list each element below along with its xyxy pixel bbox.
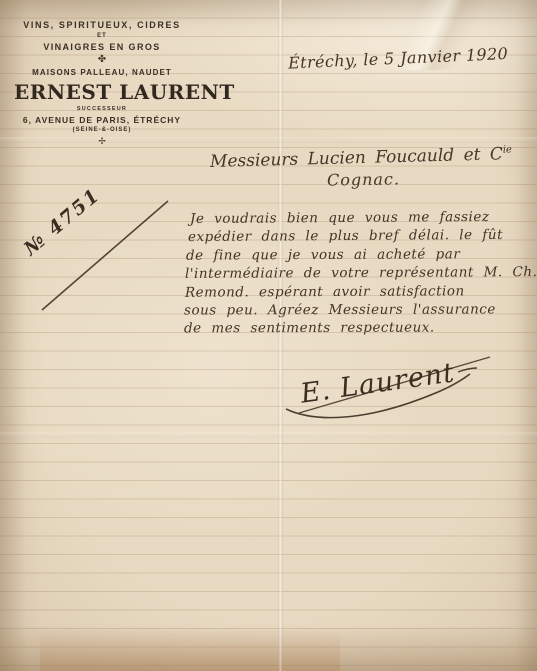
body-line: de fine que je vous ai acheté par: [186, 245, 460, 264]
letterhead-region-line: (SEINE-&-OISE): [14, 127, 190, 133]
ornament-icon: ✢: [14, 136, 190, 147]
recipient-main: Messieurs Lucien Foucauld et C: [210, 144, 503, 172]
letterhead-products-line-2: ET: [14, 33, 190, 39]
body-line: Je voudrais bien que vous me fassiez: [190, 208, 490, 228]
letterhead-products-line-1: VINS, SPIRITUEUX, CIDRES: [14, 20, 190, 30]
letterhead: VINS, SPIRITUEUX, CIDRES ET VINAIGRES EN…: [14, 20, 190, 147]
letterhead-address-line: 6, AVENUE DE PARIS, ÉTRÉCHY: [14, 115, 190, 125]
body-line: Remond. espérant avoir satisfaction: [185, 282, 465, 301]
horizontal-fold-crease-bottom: [0, 432, 537, 438]
letter-page: VINS, SPIRITUEUX, CIDRES ET VINAIGRES EN…: [0, 0, 537, 671]
recipient-line: Messieurs Lucien Foucauld et Cie: [210, 144, 512, 172]
recipient-city: Cognac.: [327, 169, 400, 189]
recipient-company-superscript: ie: [503, 144, 512, 155]
ornament-icon: ✤: [14, 54, 190, 65]
body-line: l'intermédiaire de votre représentant M.…: [185, 263, 537, 283]
letterhead-products-line-3: VINAIGRES EN GROS: [14, 42, 190, 52]
body-line: de mes sentiments respectueux.: [184, 319, 435, 338]
body-line: sous peu. Agréez Messieurs l'assurance: [184, 300, 496, 319]
letterhead-successor-line: SUCCESSEUR: [14, 106, 190, 112]
signature-text: E. Laurent: [299, 357, 457, 409]
file-number-annotation: № 4751: [20, 184, 105, 260]
letterhead-houses-line: MAISONS PALLEAU, NAUDET: [14, 68, 190, 77]
dateline: Étréchy, le 5 Janvier 1920: [288, 44, 499, 72]
bottom-stain: [40, 600, 340, 671]
letterhead-company-name: ERNEST LAURENT: [14, 80, 190, 104]
body-line: expédier dans le plus bref délai. le fût: [188, 226, 503, 246]
